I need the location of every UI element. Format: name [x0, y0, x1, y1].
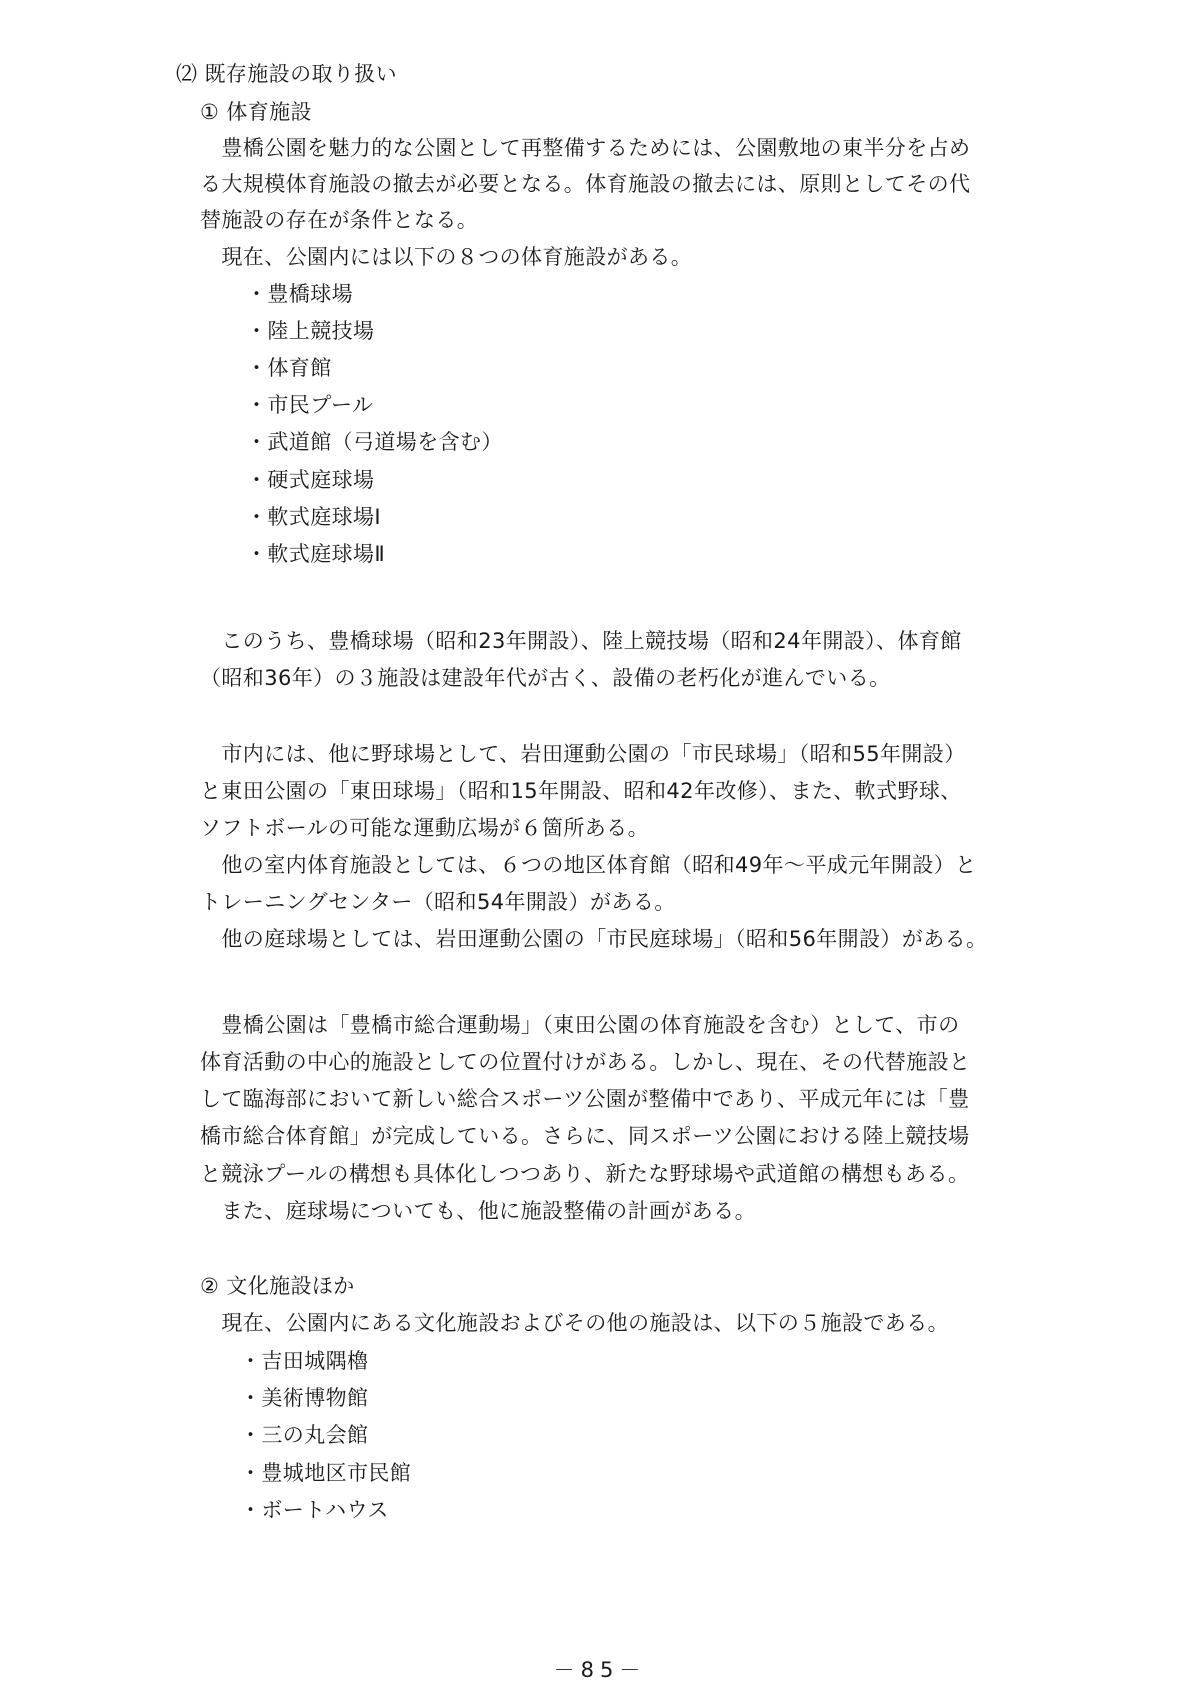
culture-heading: ② 文化施設ほか: [200, 1272, 355, 1300]
document-page: ⑵ 既存施設の取り扱い ① 体育施設 豊橋公園を魅力的な公園として再整備するため…: [0, 0, 1200, 1697]
list-item: ・体育館: [246, 354, 332, 382]
list-item: ・豊橋球場: [246, 280, 353, 308]
text-line: 替施設の存在が条件となる。: [200, 206, 478, 234]
list-item: ・三の丸会館: [240, 1421, 368, 1449]
text-line: と競泳プールの構想も具体化しつつあり、新たな野球場や武道館の構想もある。: [200, 1160, 969, 1188]
list-item: ・市民プール: [246, 391, 373, 419]
text-line: 他の室内体育施設としては、６つの地区体育館（昭和49年～平成元年開設）と: [200, 851, 977, 879]
text-line: と東田公園の「東田球場」（昭和15年開設、昭和42年改修）、また、軟式野球、: [200, 777, 962, 805]
text-line: トレーニングセンター（昭和54年開設）がある。: [200, 888, 676, 916]
text-line: 他の庭球場としては、岩田運動公園の「市民庭球場」（昭和56年開設）がある。: [200, 925, 987, 953]
section-heading: ⑵ 既存施設の取り扱い: [176, 60, 397, 88]
text-line: 橋市総合体育館」が完成している。さらに、同スポーツ公園における陸上競技場: [200, 1122, 970, 1150]
list-item: ・豊城地区市民館: [240, 1459, 411, 1487]
text-line: 現在、公園内には以下の８つの体育施設がある。: [200, 243, 692, 271]
page-number: －85－: [0, 1654, 1200, 1684]
text-line: （昭和36年）の３施設は建設年代が古く、設備の老朽化が進んでいる。: [200, 664, 891, 692]
text-line: 豊橋公園を魅力的な公園として再整備するためには、公園敷地の東半分を占め: [200, 134, 970, 162]
list-item: ・軟式庭球場Ⅰ: [246, 503, 381, 531]
list-item: ・ボートハウス: [240, 1496, 389, 1524]
list-item: ・美術博物館: [240, 1384, 368, 1412]
text-line: また、庭球場についても、他に施設整備の計画がある。: [200, 1197, 756, 1225]
text-line: 豊橋公園は「豊橋市総合運動場」（東田公園の体育施設を含む）として、市の: [200, 1011, 959, 1039]
list-item: ・武道館（弓道場を含む）: [246, 428, 503, 456]
text-line: ソフトボールの可能な運動広場が６箇所ある。: [200, 814, 649, 842]
list-item: ・吉田城隅櫓: [240, 1347, 368, 1375]
text-line: して臨海部において新しい総合スポーツ公園が整備中であり、平成元年には「豊: [200, 1085, 970, 1113]
list-item: ・軟式庭球場Ⅱ: [246, 540, 385, 568]
list-item: ・陸上競技場: [246, 317, 374, 345]
text-line: 体育活動の中心的施設としての位置付けがある。しかし、現在、その代替施設と: [200, 1048, 970, 1076]
text-line: このうち、豊橋球場（昭和23年開設）、陸上競技場（昭和24年開設）、体育館: [200, 627, 962, 655]
sports-heading: ① 体育施設: [200, 98, 312, 126]
culture-intro: 現在、公園内にある文化施設およびその他の施設は、以下の５施設である。: [200, 1309, 949, 1337]
list-item: ・硬式庭球場: [246, 466, 374, 494]
text-line: 市内には、他に野球場として、岩田運動公園の「市民球場」（昭和55年開設）: [200, 740, 966, 768]
text-line: る大規模体育施設の撤去が必要となる。体育施設の撤去には、原則としてその代: [200, 170, 970, 198]
